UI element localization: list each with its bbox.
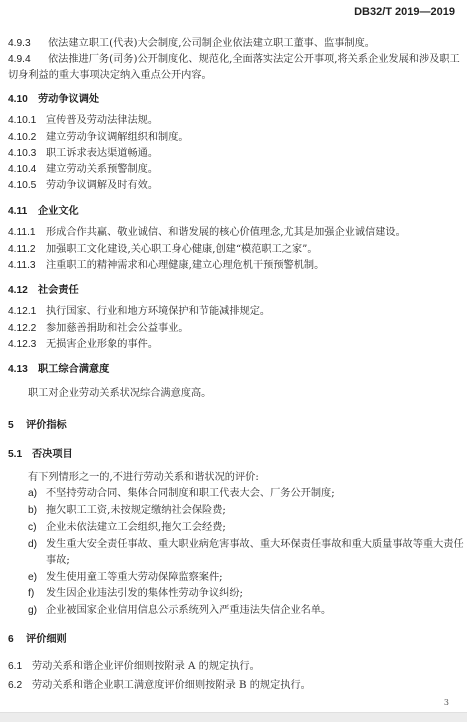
heading-4-10: 4.10劳动争议调处 bbox=[8, 93, 99, 107]
document-code-header: DB32/T 2019—2019 bbox=[354, 6, 455, 18]
clause-4-11-2: 4.11.2加强职工文化建设,关心职工身心健康,创建“模范职工之家”。 bbox=[8, 243, 318, 257]
heading-6: 6评价细则 bbox=[8, 633, 67, 647]
clause-4-10-2: 4.10.2建立劳动争议调解组织和制度。 bbox=[8, 131, 189, 145]
heading-5: 5评价指标 bbox=[8, 419, 67, 433]
clause-4-9-3: 4.9.3依法建立职工(代表)大会制度,公司制企业依法建立职工董事、监事制度。 bbox=[8, 37, 375, 51]
clause-4-12-3: 4.12.3无损害企业形象的事件。 bbox=[8, 338, 158, 352]
heading-5-1: 5.1否决项目 bbox=[8, 448, 73, 462]
heading-4-11: 4.11企业文化 bbox=[8, 205, 79, 219]
page-bottom-edge bbox=[0, 712, 467, 722]
clause-5-1-intro: 有下列情形之一的,不进行劳动关系和谐状况的评价: bbox=[28, 471, 259, 485]
clause-6-1: 6.1劳动关系和谐企业评价细则按附录 A 的规定执行。 bbox=[8, 660, 260, 674]
heading-4-13: 4.13职工综合满意度 bbox=[8, 363, 109, 377]
clause-4-9-4: 4.9.4依法推进厂务(司务)公开制度化、规范化,全面落实法定公开事项,将关系企… bbox=[8, 53, 460, 67]
clause-4-11-3: 4.11.3注重职工的精神需求和心理健康,建立心理危机干预预警机制。 bbox=[8, 259, 324, 273]
clause-4-10-3: 4.10.3职工诉求表达渠道畅通。 bbox=[8, 147, 158, 161]
clause-4-10-4: 4.10.4建立劳动关系预警制度。 bbox=[8, 163, 158, 177]
list-item-a: a)不坚持劳动合同、集体合同制度和职工代表大会、厂务公开制度; bbox=[28, 487, 335, 501]
list-item-d: d)发生重大安全责任事故、重大职业病危害事故、重大环保责任事故和重大质量事故等重… bbox=[28, 538, 464, 552]
clause-4-13-text: 职工对企业劳动关系状况综合满意度高。 bbox=[28, 387, 211, 401]
list-item-e: e)发生使用童工等重大劳动保障监察案件; bbox=[28, 571, 223, 585]
list-item-d-cont: 事故; bbox=[46, 554, 70, 568]
clause-4-11-1: 4.11.1形成合作共赢、敬业诚信、和谐发展的核心价值理念,尤其是加强企业诚信建… bbox=[8, 226, 406, 240]
list-item-c: c)企业未依法建立工会组织,拖欠工会经费; bbox=[28, 521, 226, 535]
list-item-b: b)拖欠职工工资,未按规定缴纳社会保险费; bbox=[28, 504, 226, 518]
clause-4-10-1: 4.10.1宣传普及劳动法律法规。 bbox=[8, 114, 158, 128]
clause-4-12-2: 4.12.2参加慈善捐助和社会公益事业。 bbox=[8, 322, 189, 336]
clause-4-12-1: 4.12.1执行国家、行业和地方环境保护和节能减排规定。 bbox=[8, 305, 270, 319]
page-number: 3 bbox=[444, 698, 449, 707]
list-item-f: f)发生因企业违法引发的集体性劳动争议纠纷; bbox=[28, 587, 243, 601]
list-item-g: g)企业被国家企业信用信息公示系统列入严重违法失信企业名单。 bbox=[28, 604, 331, 618]
clause-6-2: 6.2劳动关系和谐企业职工满意度评价细则按附录 B 的规定执行。 bbox=[8, 679, 311, 693]
clause-4-9-4-cont: 切身利益的重大事项决定纳入重点公开内容。 bbox=[8, 69, 212, 83]
heading-4-12: 4.12社会责任 bbox=[8, 284, 79, 298]
clause-4-10-5: 4.10.5劳动争议调解及时有效。 bbox=[8, 179, 158, 193]
